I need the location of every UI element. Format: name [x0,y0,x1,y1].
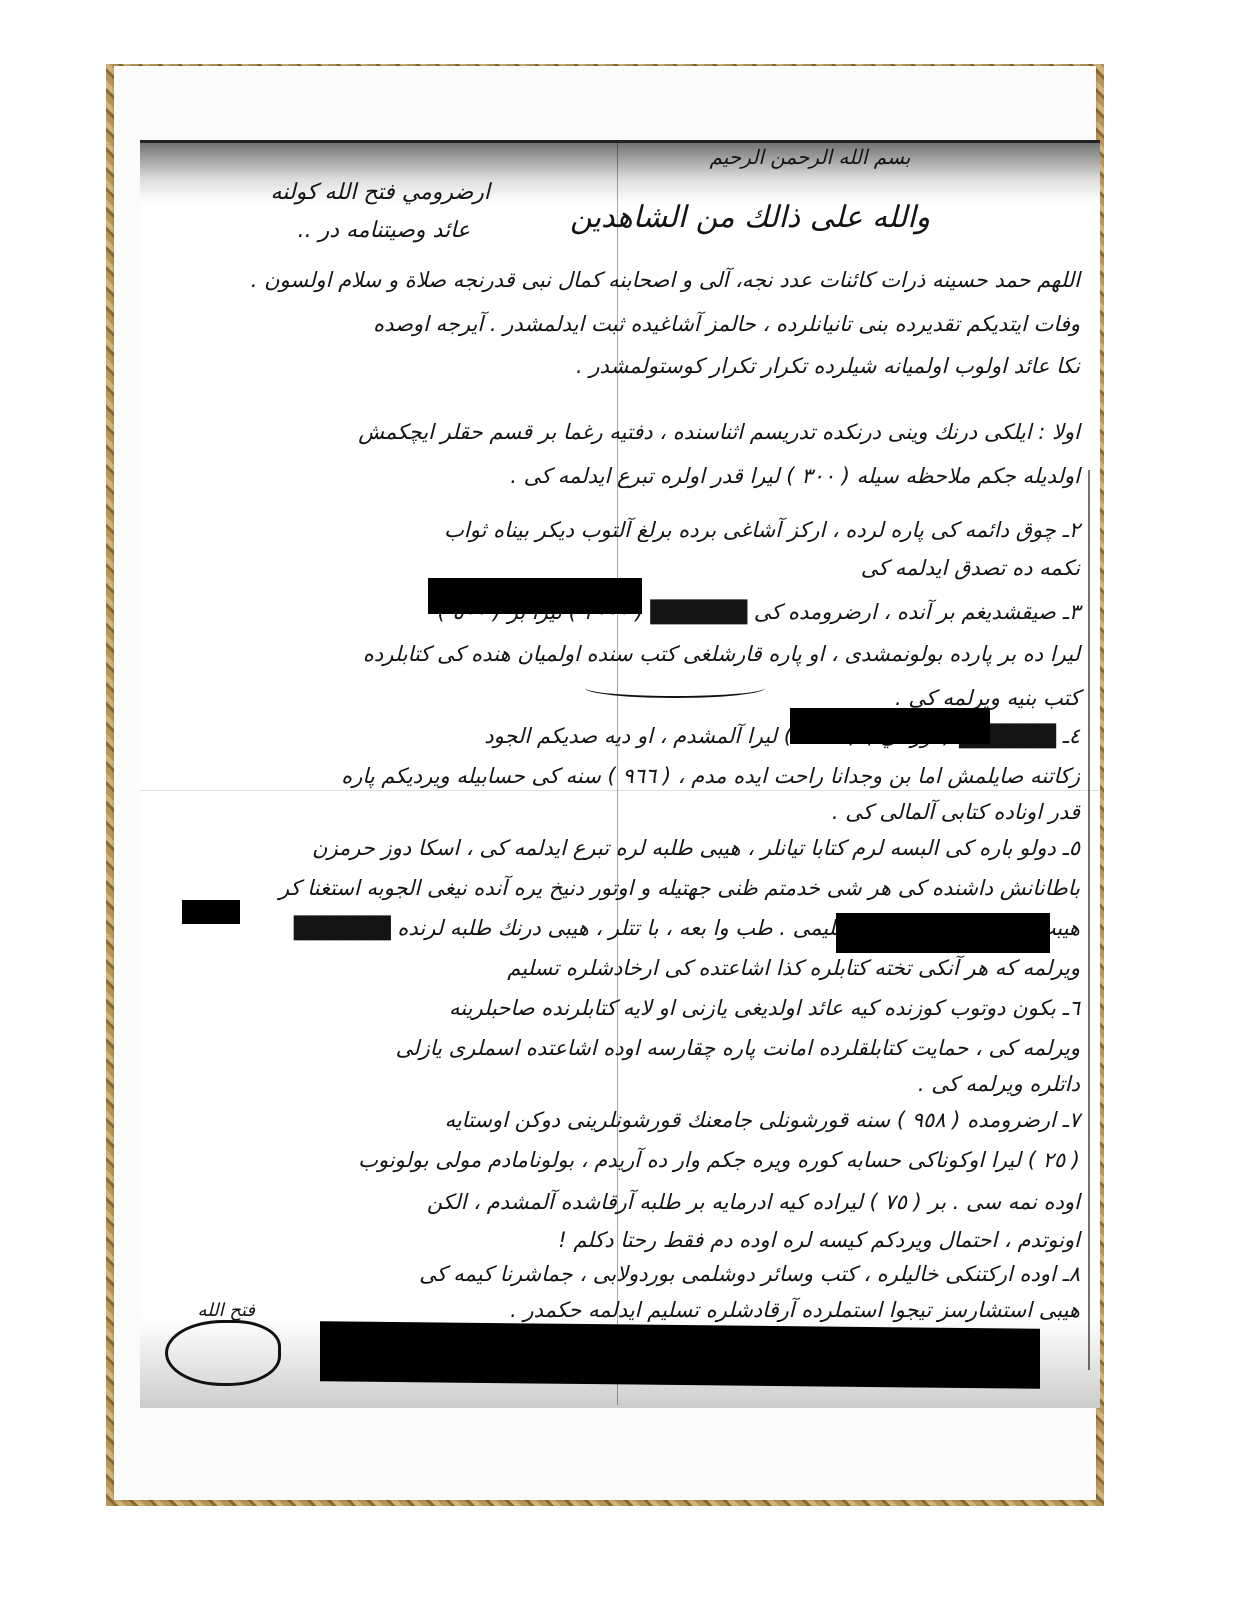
redaction-bar [320,1321,1040,1389]
redaction-bar [836,913,1050,953]
signature [165,1320,281,1386]
text-line: ٥ـ دولو باره كى البسه لرم كتابا تيانلر ،… [170,836,1080,860]
text-line: ٦ـ بكون دوتوب كوزنده كيه عائد اولديغى يا… [170,996,1080,1020]
redaction-bar [428,578,642,614]
text-line: اوده نمه سى . بر ( ٧٥ ) ليراده كيه ادرما… [170,1190,1080,1214]
text-line: اولديله جكم ملاحظه سيله ( ٣٠٠ ) ليرا قدر… [170,464,1080,488]
fold-line-horizontal [140,790,1100,791]
redaction-bar [182,900,240,924]
text-line: ( ٢٥ ) ليرا اوكوناكى حسابه كوره ويره جكم… [170,1148,1080,1172]
text-line: داتلره ويرلمه كى . [170,1072,1080,1096]
text-line: قدر اوناده كتابى آلمالى كى . [170,800,1080,824]
text-line: ٧ـ ارضرومده ( ٩٥٨ ) سنه قورشونلى جامعنك … [170,1108,1080,1132]
text-line: ويرلمه كى ، حمايت كتابلقلرده امانت پاره … [170,1036,1080,1060]
margin-rule [1088,470,1090,1370]
signature-label: فتح الله [195,1300,255,1321]
text-line: ٨ـ اوده اركتنكى خاليلره ، كتب وسائر دوشل… [170,1262,1080,1286]
text-line: اولا : ايلكى درنك وينى درنكده تدريسم اثن… [170,420,1080,444]
text-line: وفات ايتديكم تقديرده بنى تانيانلرده ، حا… [170,312,1080,336]
redaction-bar [790,708,990,744]
text-line: ليرا ده بر پارده بولونمشدى ، او پاره قار… [170,642,1080,666]
text-line: اونوتدم ، احتمال ويردكم كيسه لره اوده دم… [170,1228,1080,1252]
text-line: نكا عائد اولوب اولميانه شيلرده تكرار تكر… [170,354,1080,378]
header-left-line-2: عائد وصيتنامه در .. [210,218,470,243]
text-line: نكمه ده تصدق ايدلمه كى [170,556,1080,580]
header-oath: والله على ذالك من الشاهدين [540,200,960,235]
text-line: ٢ـ چوق دائمه كى پاره لرده ، اركز آشاغى ب… [170,518,1080,542]
text-line: باطانانش داشنده كى هر شى خدمتم ظنى جهتيل… [170,876,1080,900]
text-line: زكاتنه صايلمش اما بن وجدانا راحت ايده مد… [170,764,1080,788]
header-left-line-1: ارضرومي فتح الله كولنه [190,180,490,205]
basmala: بسم الله الرحمن الرحيم [560,145,1060,169]
text-line: هيبى استشارسز تيجوا استملرده آرقادشلره ت… [170,1298,1080,1322]
text-line: اللهم حمد حسينه ذرات كائنات عدد نجه، آلى… [170,268,1080,292]
handwritten-underline [585,678,765,698]
text-line: ويرلمه كه هر آنكى تخته كتابلره كذا اشاعت… [170,956,1080,980]
